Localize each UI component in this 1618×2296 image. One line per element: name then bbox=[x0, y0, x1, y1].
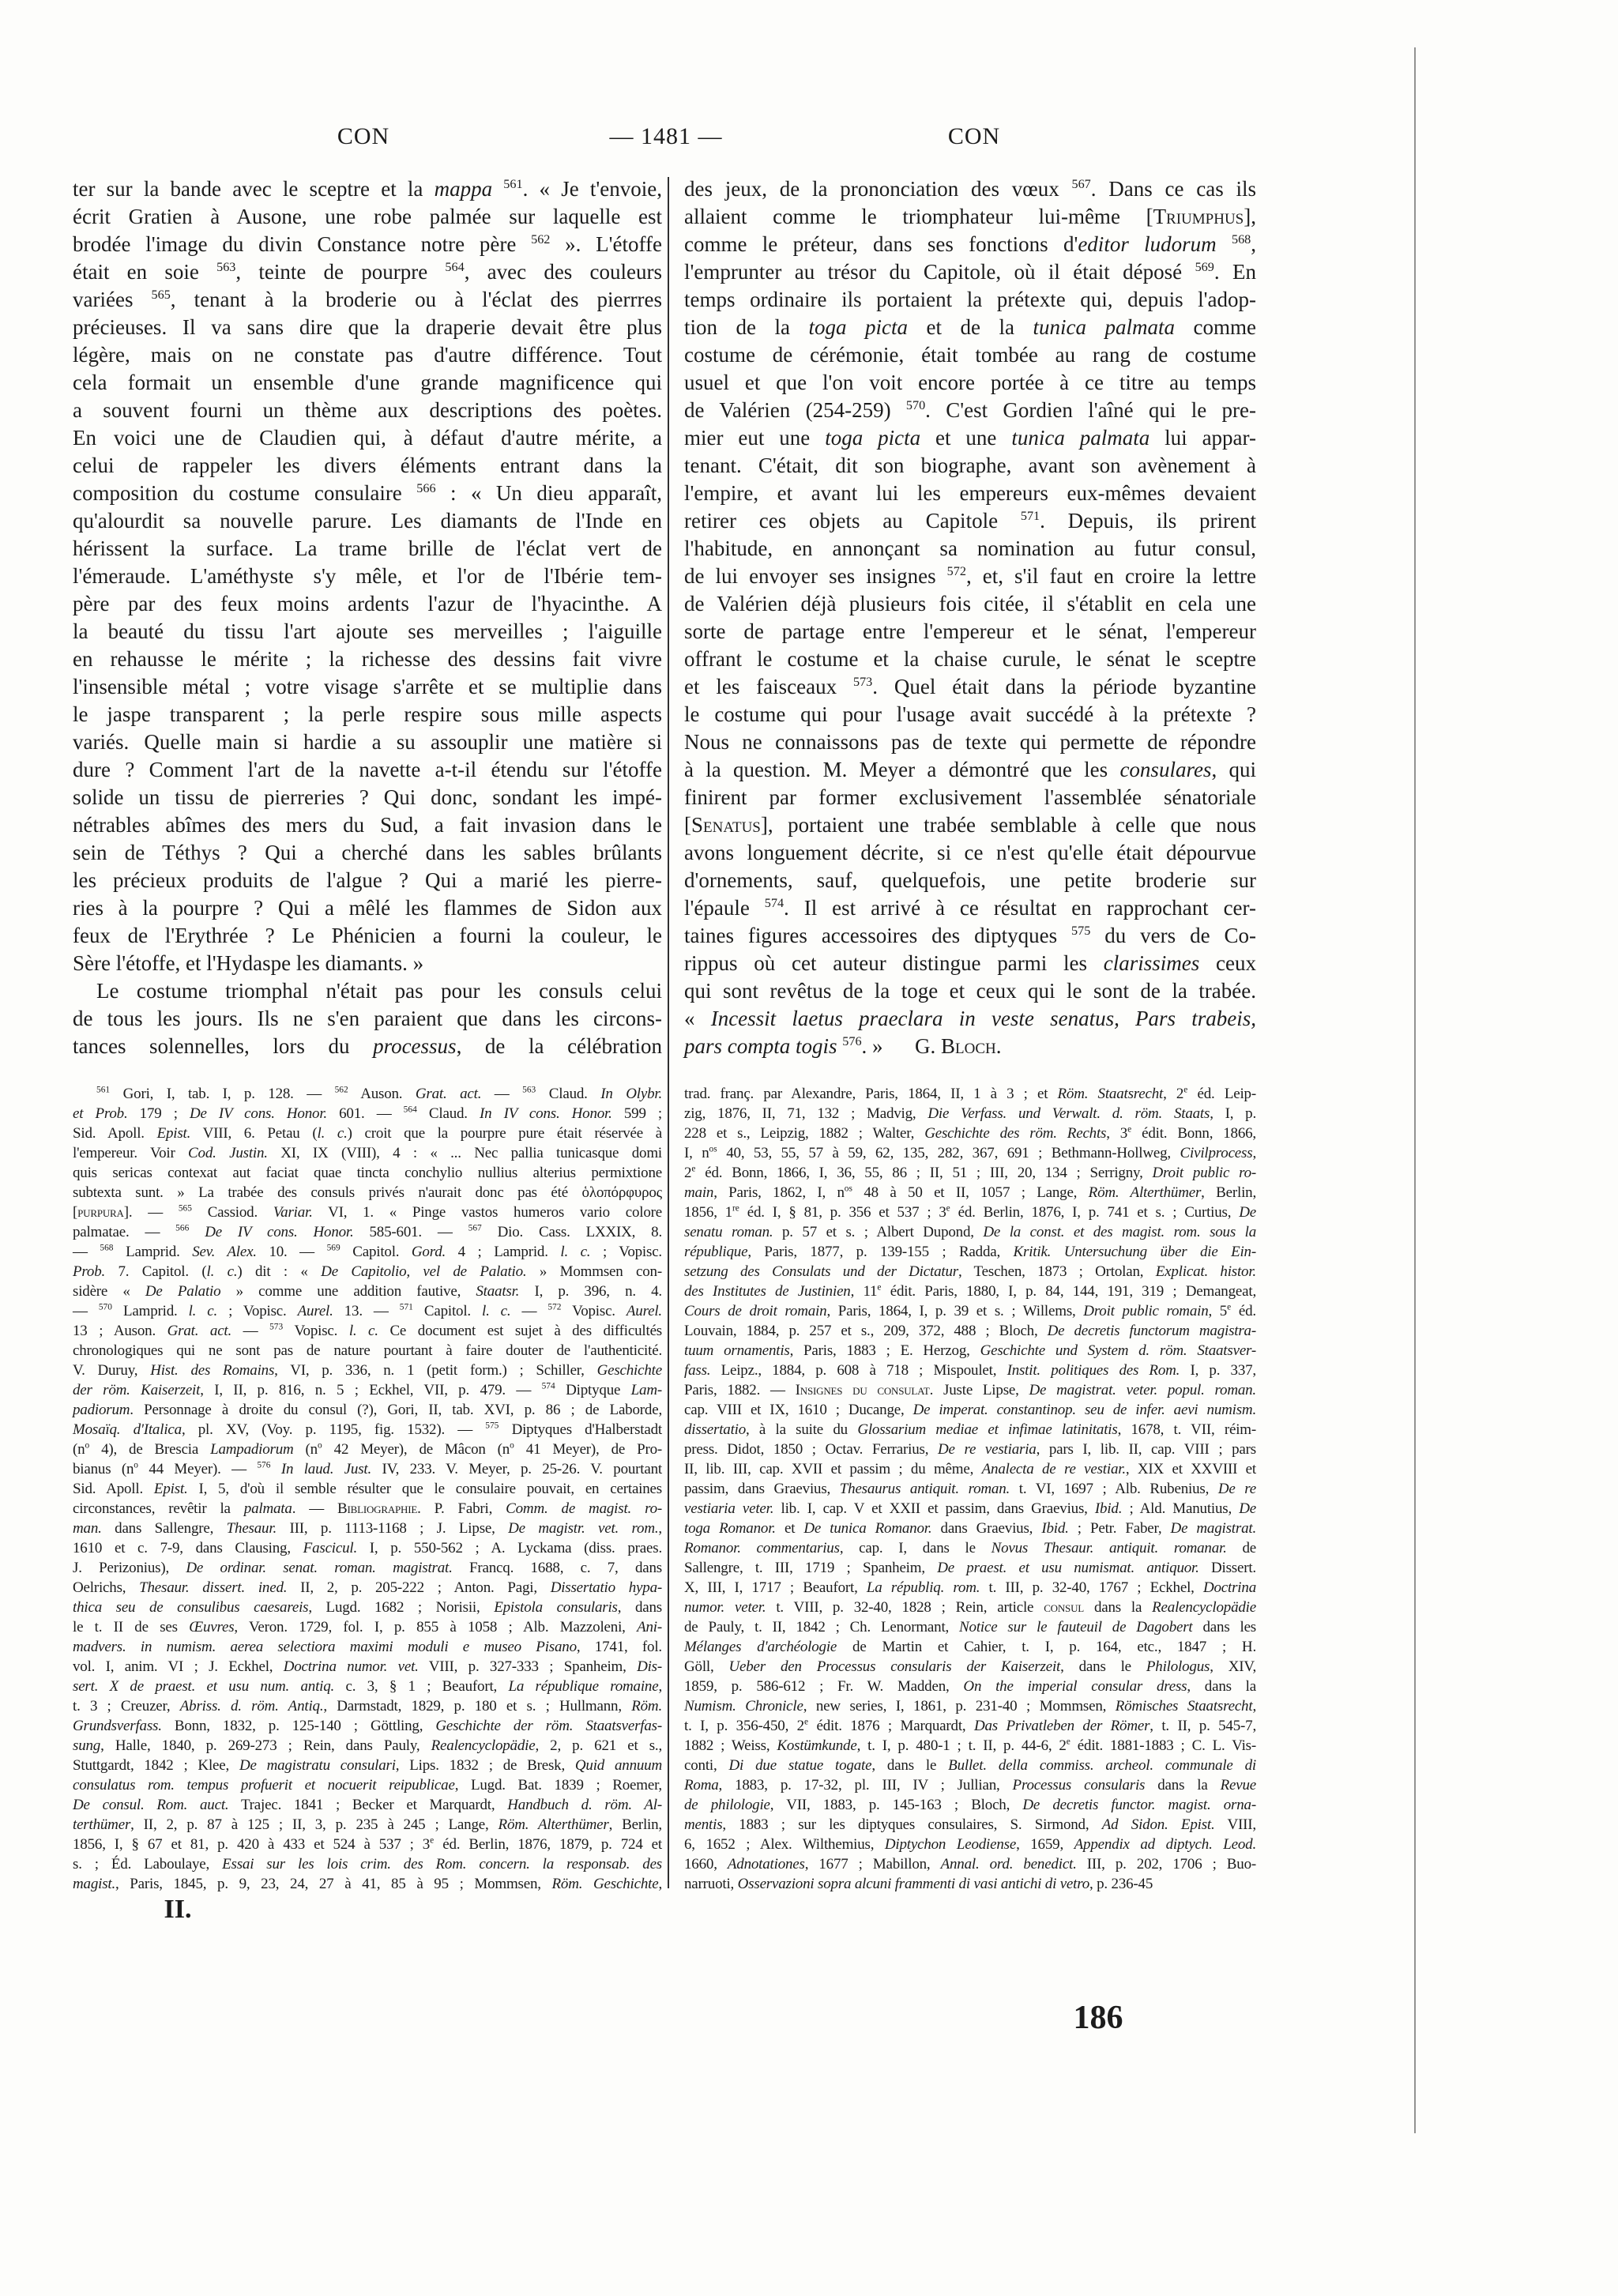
text-line: le t. II de ses Œuvres, Veron. 1729, fol… bbox=[73, 1617, 662, 1637]
text-line: — 570 Lamprid. l. c. ; Vopisc. Aurel. 13… bbox=[73, 1301, 662, 1321]
text-line: l'empire, et avant lui les empereurs eux… bbox=[684, 480, 1256, 507]
left-column-footnotes: 561 Gori, I, tab. I, p. 128. — 562 Auson… bbox=[73, 1084, 662, 1894]
text-line: subtexta sunt. » La trabée des consuls p… bbox=[73, 1183, 662, 1203]
running-head-right: CON bbox=[895, 123, 1053, 150]
text-line: composition du costume consulaire 566 : … bbox=[73, 480, 662, 507]
text-line: précieuses. Il va sans dire que la drape… bbox=[73, 314, 662, 341]
text-line: 561 Gori, I, tab. I, p. 128. — 562 Auson… bbox=[73, 1084, 662, 1104]
text-line: V. Duruy, Hist. des Romains, VI, p. 336,… bbox=[73, 1361, 662, 1380]
text-line: sidère « De Palatio » comme une addition… bbox=[73, 1282, 662, 1301]
text-line: Romanor. commentarius, cap. I, dans le N… bbox=[684, 1538, 1256, 1558]
text-line: l'épaule 574. Il est arrivé à ce résulta… bbox=[684, 894, 1256, 922]
text-line: Oelrichs, Thesaur. dissert. ined. II, 2,… bbox=[73, 1578, 662, 1598]
text-line: man. dans Sallengre, Thesaur. III, p. 11… bbox=[73, 1519, 662, 1538]
text-line: Roma, 1883, p. 17-32, pl. III, IV ; Jull… bbox=[684, 1775, 1256, 1795]
text-line: sung, Halle, 1840, p. 269-273 ; Rein, da… bbox=[73, 1736, 662, 1756]
text-line: De consul. Rom. auct. Trajec. 1841 ; Bec… bbox=[73, 1795, 662, 1815]
text-line: de philologie, VII, 1883, p. 145-163 ; B… bbox=[684, 1795, 1256, 1815]
text-line: tances solennelles, lors du processus, d… bbox=[73, 1033, 662, 1060]
text-line: padiorum. Personnage à droite du consul … bbox=[73, 1400, 662, 1420]
text-line: Sid. Apoll. Epist. VIII, 6. Petau (l. c.… bbox=[73, 1124, 662, 1143]
text-line: vol. I, anim. VI ; J. Eckhel, Doctrina n… bbox=[73, 1657, 662, 1677]
text-line: Paris, 1882. — Insignes du consulat. Jus… bbox=[684, 1380, 1256, 1400]
text-line: de Valérien déjà plusieurs fois citée, i… bbox=[684, 590, 1256, 618]
text-line: X, III, I, 1717 ; Beaufort, La républiq.… bbox=[684, 1578, 1256, 1598]
text-line: chronologiques qui ne sont pas de nature… bbox=[73, 1341, 662, 1361]
text-line: Sid. Apoll. Epist. I, 5, d'où il semble … bbox=[73, 1479, 662, 1499]
text-line: finirent par former exclusivement l'asse… bbox=[684, 784, 1256, 811]
text-line: république, Paris, 1877, p. 139-155 ; Ra… bbox=[684, 1242, 1256, 1262]
text-line: 6, 1652 ; Alex. Wilthemius, Diptychon Le… bbox=[684, 1835, 1256, 1854]
text-line: Grundsverfass. Bonn, 1832, p. 125-140 ; … bbox=[73, 1716, 662, 1736]
text-line: zig, 1876, II, 71, 132 ; Madvig, Die Ver… bbox=[684, 1104, 1256, 1124]
text-line: usuel et que l'on voit encore portée à c… bbox=[684, 369, 1256, 397]
text-line: Sallengre, t. III, 1719 ; Spanheim, De p… bbox=[684, 1558, 1256, 1578]
page-number-footer: 186 bbox=[1055, 1999, 1142, 2037]
page-number-header: — 1481 — bbox=[563, 123, 769, 150]
text-line: Prob. 7. Capitol. (l. c.) dit : « De Cap… bbox=[73, 1262, 662, 1282]
right-column-body: des jeux, de la prononciation des vœux 5… bbox=[684, 175, 1256, 1060]
text-line: fass. Leipz., 1884, p. 608 à 718 ; Mispo… bbox=[684, 1361, 1256, 1380]
text-line: l'emprunter au trésor du Capitole, où il… bbox=[684, 258, 1256, 286]
text-line: Nous ne connaissons pas de texte qui per… bbox=[684, 728, 1256, 756]
text-line: tuum ornamentis, Paris, 1883 ; E. Herzog… bbox=[684, 1341, 1256, 1361]
text-line: press. Didot, 1850 ; Octav. Ferrarius, D… bbox=[684, 1440, 1256, 1459]
text-line: s. ; Éd. Laboulaye, Essai sur les lois c… bbox=[73, 1854, 662, 1874]
text-line: « Incessit laetus praeclara in veste sen… bbox=[684, 1005, 1256, 1033]
text-line: der röm. Kaiserzeit, I, II, p. 816, n. 5… bbox=[73, 1380, 662, 1400]
text-line: [Senatus], portaient une trabée semblabl… bbox=[684, 811, 1256, 839]
text-line: allaient comme le triomphateur lui-même … bbox=[684, 203, 1256, 231]
text-line: brodée l'image du divin Constance notre … bbox=[73, 231, 662, 258]
text-line: à la question. M. Meyer a démontré que l… bbox=[684, 756, 1256, 784]
text-line: t. I, p. 356-450, 2e édit. 1876 ; Marqua… bbox=[684, 1716, 1256, 1736]
text-line: l'habitude, en annonçant sa nomination a… bbox=[684, 535, 1256, 563]
text-line: Mosaïq. d'Italica, pl. XV, (Voy. p. 1195… bbox=[73, 1420, 662, 1440]
text-line: sein de Téthys ? Qui a cherché dans les … bbox=[73, 839, 662, 867]
text-line: de Pauly, t. II, 1842 ; Ch. Lenormant, N… bbox=[684, 1617, 1256, 1637]
running-head-left: CON bbox=[284, 123, 442, 150]
text-line: et les faisceaux 573. Quel était dans la… bbox=[684, 673, 1256, 701]
text-line: ries à la pourpre ? Qui a mêlé les flamm… bbox=[73, 894, 662, 922]
text-line: taines figures accessoires des diptyques… bbox=[684, 922, 1256, 950]
text-line: en rehausse le mérite ; la richesse des … bbox=[73, 646, 662, 673]
text-line: légère, mais on ne constate pas d'autre … bbox=[73, 341, 662, 369]
text-line: toga Romanor. et De tunica Romanor. dans… bbox=[684, 1519, 1256, 1538]
text-line: narruoti, Osservazioni sopra alcuni fram… bbox=[684, 1874, 1256, 1894]
text-line: t. 3 ; Creuzer, Abriss. d. röm. Antiq., … bbox=[73, 1696, 662, 1716]
text-line: (no 4), de Brescia Lampadiorum (no 42 Me… bbox=[73, 1440, 662, 1459]
text-line: 1856, 1re éd. I, § 81, p. 356 et 537 ; 3… bbox=[684, 1203, 1256, 1222]
text-line: madvers. in numism. aerea selectiora max… bbox=[73, 1637, 662, 1657]
text-line: des Institutes de Justinien, 11e édit. P… bbox=[684, 1282, 1256, 1301]
text-line: 1660, Adnotationes, 1677 ; Mabillon, Ann… bbox=[684, 1854, 1256, 1874]
text-line: variés. Quelle main si hardie a su assou… bbox=[73, 728, 662, 756]
text-line: cap. VIII et IX, 1610 ; Ducange, De impe… bbox=[684, 1400, 1256, 1420]
text-line: d'ornements, sauf, quelquefois, une peti… bbox=[684, 867, 1256, 894]
text-line: cela formait un ensemble d'une grande ma… bbox=[73, 369, 662, 397]
text-line: II, lib. III, cap. XVII et passim ; du m… bbox=[684, 1459, 1256, 1479]
text-line: J. Perizonius), De ordinar. senat. roman… bbox=[73, 1558, 662, 1578]
text-line: Sère l'étoffe, et l'Hydaspe les diamants… bbox=[73, 950, 662, 977]
text-line: variées 565, tenant à la broderie ou à l… bbox=[73, 286, 662, 314]
text-line: terthümer, II, 2, p. 87 à 125 ; II, 3, p… bbox=[73, 1815, 662, 1835]
text-line: [purpura]. — 565 Cassiod. Variar. VI, 1.… bbox=[73, 1203, 662, 1222]
text-line: qu'alourdit sa nouvelle parure. Les diam… bbox=[73, 507, 662, 535]
text-line: consulatus rom. tempus profuerit et nocu… bbox=[73, 1775, 662, 1795]
text-line: dure ? Comment l'art de la navette a-t-i… bbox=[73, 756, 662, 784]
text-line: pars compta togis 576. » G. Bloch. bbox=[684, 1033, 1256, 1060]
text-line: sert. X de praest. et usu num. antiq. c.… bbox=[73, 1677, 662, 1696]
text-line: passim, dans Graevius, Thesaurus antiqui… bbox=[684, 1479, 1256, 1499]
text-line: Louvain, 1884, p. 257 et s., 209, 372, 4… bbox=[684, 1321, 1256, 1341]
text-line: 228 et s., Leipzig, 1882 ; Walter, Gesch… bbox=[684, 1124, 1256, 1143]
text-line: temps ordinaire ils portaient la prétext… bbox=[684, 286, 1256, 314]
volume-signature-mark: II. bbox=[142, 1895, 213, 1925]
text-line: l'émeraude. L'améthyste s'y mêle, et l'o… bbox=[73, 563, 662, 590]
text-line: comme le préteur, dans ses fonctions d'e… bbox=[684, 231, 1256, 258]
text-line: 13 ; Auson. Grat. act. — 573 Vopisc. l. … bbox=[73, 1321, 662, 1341]
right-column-footnotes: trad. franç. par Alexandre, Paris, 1864,… bbox=[684, 1084, 1256, 1894]
text-line: Le costume triomphal n'était pas pour le… bbox=[73, 977, 662, 1005]
text-line: trad. franç. par Alexandre, Paris, 1864,… bbox=[684, 1084, 1256, 1104]
text-line: hérissent la surface. La trame brille de… bbox=[73, 535, 662, 563]
text-line: le costume qui pour l'usage avait succéd… bbox=[684, 701, 1256, 728]
text-line: était en soie 563, teinte de pourpre 564… bbox=[73, 258, 662, 286]
text-line: — 568 Lamprid. Sev. Alex. 10. — 569 Capi… bbox=[73, 1242, 662, 1262]
text-line: père par des feux moins ardents l'azur d… bbox=[73, 590, 662, 618]
text-line: ter sur la bande avec le sceptre et la m… bbox=[73, 175, 662, 203]
left-column-body: ter sur la bande avec le sceptre et la m… bbox=[73, 175, 662, 1060]
text-line: solide un tissu de pierreries ? Qui donc… bbox=[73, 784, 662, 811]
text-line: des jeux, de la prononciation des vœux 5… bbox=[684, 175, 1256, 203]
text-line: et Prob. 179 ; De IV cons. Honor. 601. —… bbox=[73, 1104, 662, 1124]
text-line: a souvent fourni un thème aux descriptio… bbox=[73, 397, 662, 424]
text-line: 2e éd. Bonn, 1866, I, 36, 55, 86 ; II, 5… bbox=[684, 1163, 1256, 1183]
text-line: retirer ces objets au Capitole 571. Depu… bbox=[684, 507, 1256, 535]
text-line: Stuttgardt, 1842 ; Klee, De magistratu c… bbox=[73, 1756, 662, 1775]
text-line: magist., Paris, 1845, p. 9, 23, 24, 27 à… bbox=[73, 1874, 662, 1894]
text-line: thica seu de consulibus caesareis, Lugd.… bbox=[73, 1598, 662, 1617]
text-line: Numism. Chronicle, new series, I, 1861, … bbox=[684, 1696, 1256, 1716]
text-line: avons longuement décrite, si ce n'est qu… bbox=[684, 839, 1256, 867]
column-divider-rule bbox=[668, 177, 669, 1888]
text-line: offrant le costume et la chaise curule, … bbox=[684, 646, 1256, 673]
text-line: quis sericas contexat aut faciat quae ti… bbox=[73, 1163, 662, 1183]
text-line: 1610 et c. 7-9, dans Clausing, Fascicul.… bbox=[73, 1538, 662, 1558]
text-line: le jaspe transparent ; la perle respire … bbox=[73, 701, 662, 728]
text-line: numor. veter. t. VIII, p. 32-40, 1828 ; … bbox=[684, 1598, 1256, 1617]
text-line: de lui envoyer ses insignes 572, et, s'i… bbox=[684, 563, 1256, 590]
text-line: tion de la toga picta et de la tunica pa… bbox=[684, 314, 1256, 341]
text-line: Göll, Ueber den Processus consularis der… bbox=[684, 1657, 1256, 1677]
text-line: qui sont revêtus de la toge et ceux qui … bbox=[684, 977, 1256, 1005]
text-line: celui de rappeler les divers éléments en… bbox=[73, 452, 662, 480]
text-line: écrit Gratien à Ausone, une robe palmée … bbox=[73, 203, 662, 231]
book-page-scan: CON — 1481 — CON ter sur la bande avec l… bbox=[0, 0, 1618, 2296]
scan-edge-artifact-line bbox=[1414, 47, 1416, 2133]
text-line: rippus où cet auteur distingue parmi les… bbox=[684, 950, 1256, 977]
text-line: vestiaria veter. lib. I, cap. V et XXII … bbox=[684, 1499, 1256, 1519]
text-line: 1856, I, § 67 et 81, p. 420 à 433 et 524… bbox=[73, 1835, 662, 1854]
text-line: sorte de partage entre l'empereur et le … bbox=[684, 618, 1256, 646]
text-line: Cours de droit romain, Paris, 1864, I, p… bbox=[684, 1301, 1256, 1321]
text-line: Mélanges d'archéologie de Martin et Cahi… bbox=[684, 1637, 1256, 1657]
text-line: mier eut une toga picta et une tunica pa… bbox=[684, 424, 1256, 452]
text-line: En voici une de Claudien qui, à défaut d… bbox=[73, 424, 662, 452]
text-line: conti, Di due statue togate, dans le Bul… bbox=[684, 1756, 1256, 1775]
text-line: de Valérien (254-259) 570. C'est Gordien… bbox=[684, 397, 1256, 424]
text-line: setzung des Consulats und der Dictatur, … bbox=[684, 1262, 1256, 1282]
text-line: mentis, 1883 ; sur les diptyques consula… bbox=[684, 1815, 1256, 1835]
text-line: dissertatio, à la suite du Glossarium me… bbox=[684, 1420, 1256, 1440]
text-line: la beauté du tissu l'art ajoute ses merv… bbox=[73, 618, 662, 646]
text-line: senatu roman. p. 57 et s. ; Albert Dupon… bbox=[684, 1222, 1256, 1242]
text-line: I, nos 40, 53, 55, 57 à 59, 62, 135, 282… bbox=[684, 1143, 1256, 1163]
text-line: feux de l'Erythrée ? Le Phénicien a four… bbox=[73, 922, 662, 950]
text-line: 1859, p. 586-612 ; Fr. W. Madden, On the… bbox=[684, 1677, 1256, 1696]
text-line: palmatae. — 566 De IV cons. Honor. 585-6… bbox=[73, 1222, 662, 1242]
text-line: bianus (no 44 Meyer). — 576 In laud. Jus… bbox=[73, 1459, 662, 1479]
text-line: circonstances, revêtir la palmata. — Bib… bbox=[73, 1499, 662, 1519]
text-line: costume de cérémonie, était tombée au ra… bbox=[684, 341, 1256, 369]
text-line: main, Paris, 1862, I, nos 48 à 50 et II,… bbox=[684, 1183, 1256, 1203]
text-line: les précieux produits de l'algue ? Qui a… bbox=[73, 867, 662, 894]
text-line: l'empereur. Voir Cod. Justin. XI, IX (VI… bbox=[73, 1143, 662, 1163]
text-line: l'insensible métal ; votre visage s'arrê… bbox=[73, 673, 662, 701]
text-line: de tous les jours. Ils ne s'en paraient … bbox=[73, 1005, 662, 1033]
text-line: 1882 ; Weiss, Kostümkunde, t. I, p. 480-… bbox=[684, 1736, 1256, 1756]
text-line: tenant. C'était, dit son biographe, avan… bbox=[684, 452, 1256, 480]
text-line: nétrables abîmes des mers du Sud, a fait… bbox=[73, 811, 662, 839]
